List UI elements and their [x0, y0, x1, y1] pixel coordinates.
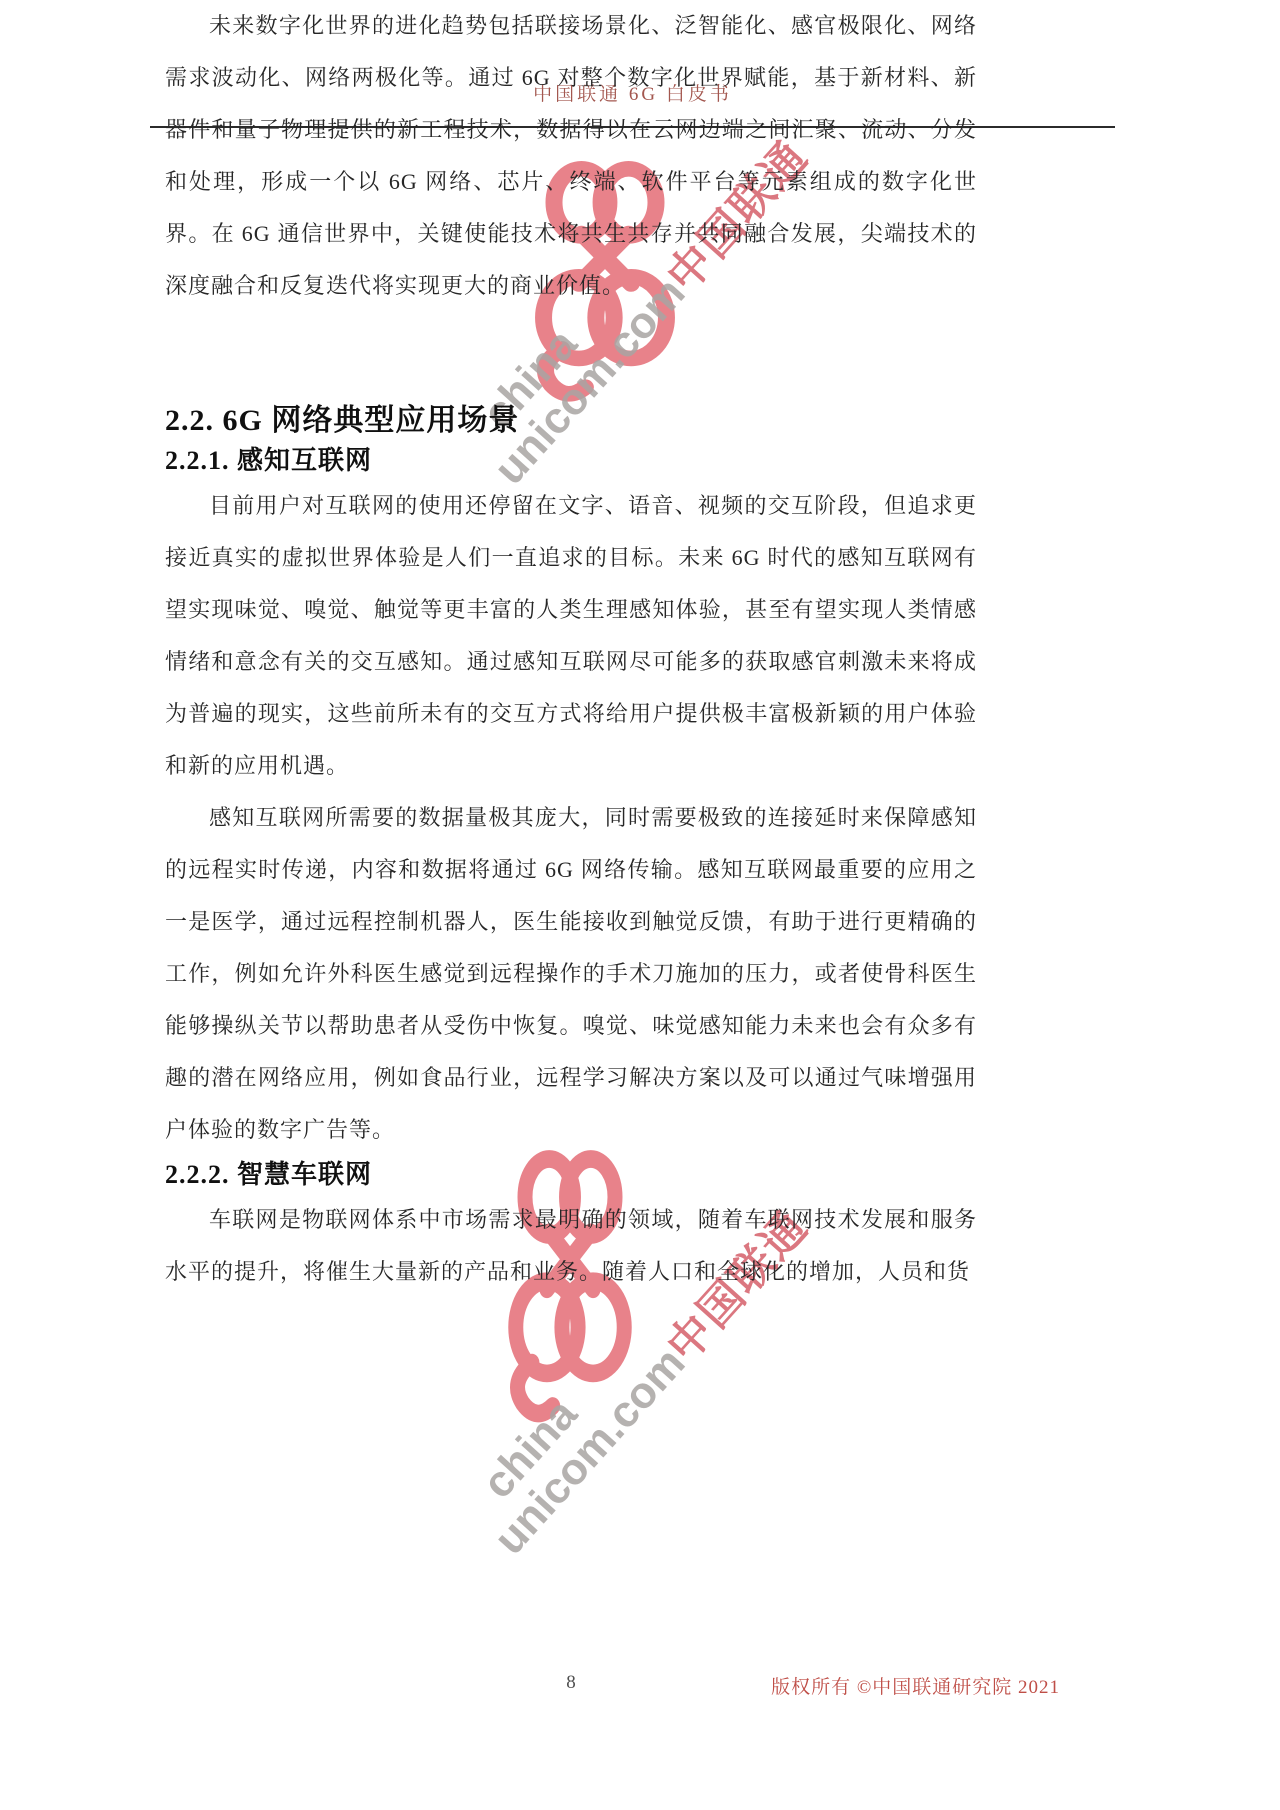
paragraph-sensory-internet-2: 感知互联网所需要的数据量极其庞大，同时需要极致的连接延时来保障感知的远程实时传递…: [165, 792, 977, 1156]
page-footer: 8 版权所有 ©中国联通研究院 2021: [165, 1672, 1060, 1704]
document-body: 未来数字化世界的进化趋势包括联接场景化、泛智能化、感官极限化、网络需求波动化、网…: [165, 0, 977, 1298]
watermark-brand-latin-2: unicom.com: [485, 1339, 695, 1564]
copyright-notice: 版权所有 ©中国联通研究院 2021: [771, 1672, 1060, 1699]
whitepaper-page: 中国联通 6G 白皮书 china unicom.com中国联通: [0, 0, 1280, 1810]
paragraph-digital-world-trends: 未来数字化世界的进化趋势包括联接场景化、泛智能化、感官极限化、网络需求波动化、网…: [165, 0, 977, 312]
watermark-brand-line2: unicom.com中国联通: [486, 1280, 748, 1564]
paragraph-sensory-internet-1: 目前用户对互联网的使用还停留在文字、语音、视频的交互阶段，但追求更接近真实的虚拟…: [165, 480, 977, 792]
heading-sensory-internet: 2.2.1. 感知互联网: [165, 442, 977, 480]
paragraph-vehicle-network: 车联网是物联网体系中市场需求最明确的领域，随着车联网技术发展和服务水平的提升，将…: [165, 1194, 977, 1298]
heading-6g-application-scenarios: 2.2. 6G 网络典型应用场景: [165, 400, 977, 442]
heading-smart-vehicle-network: 2.2.2. 智慧车联网: [165, 1156, 977, 1194]
